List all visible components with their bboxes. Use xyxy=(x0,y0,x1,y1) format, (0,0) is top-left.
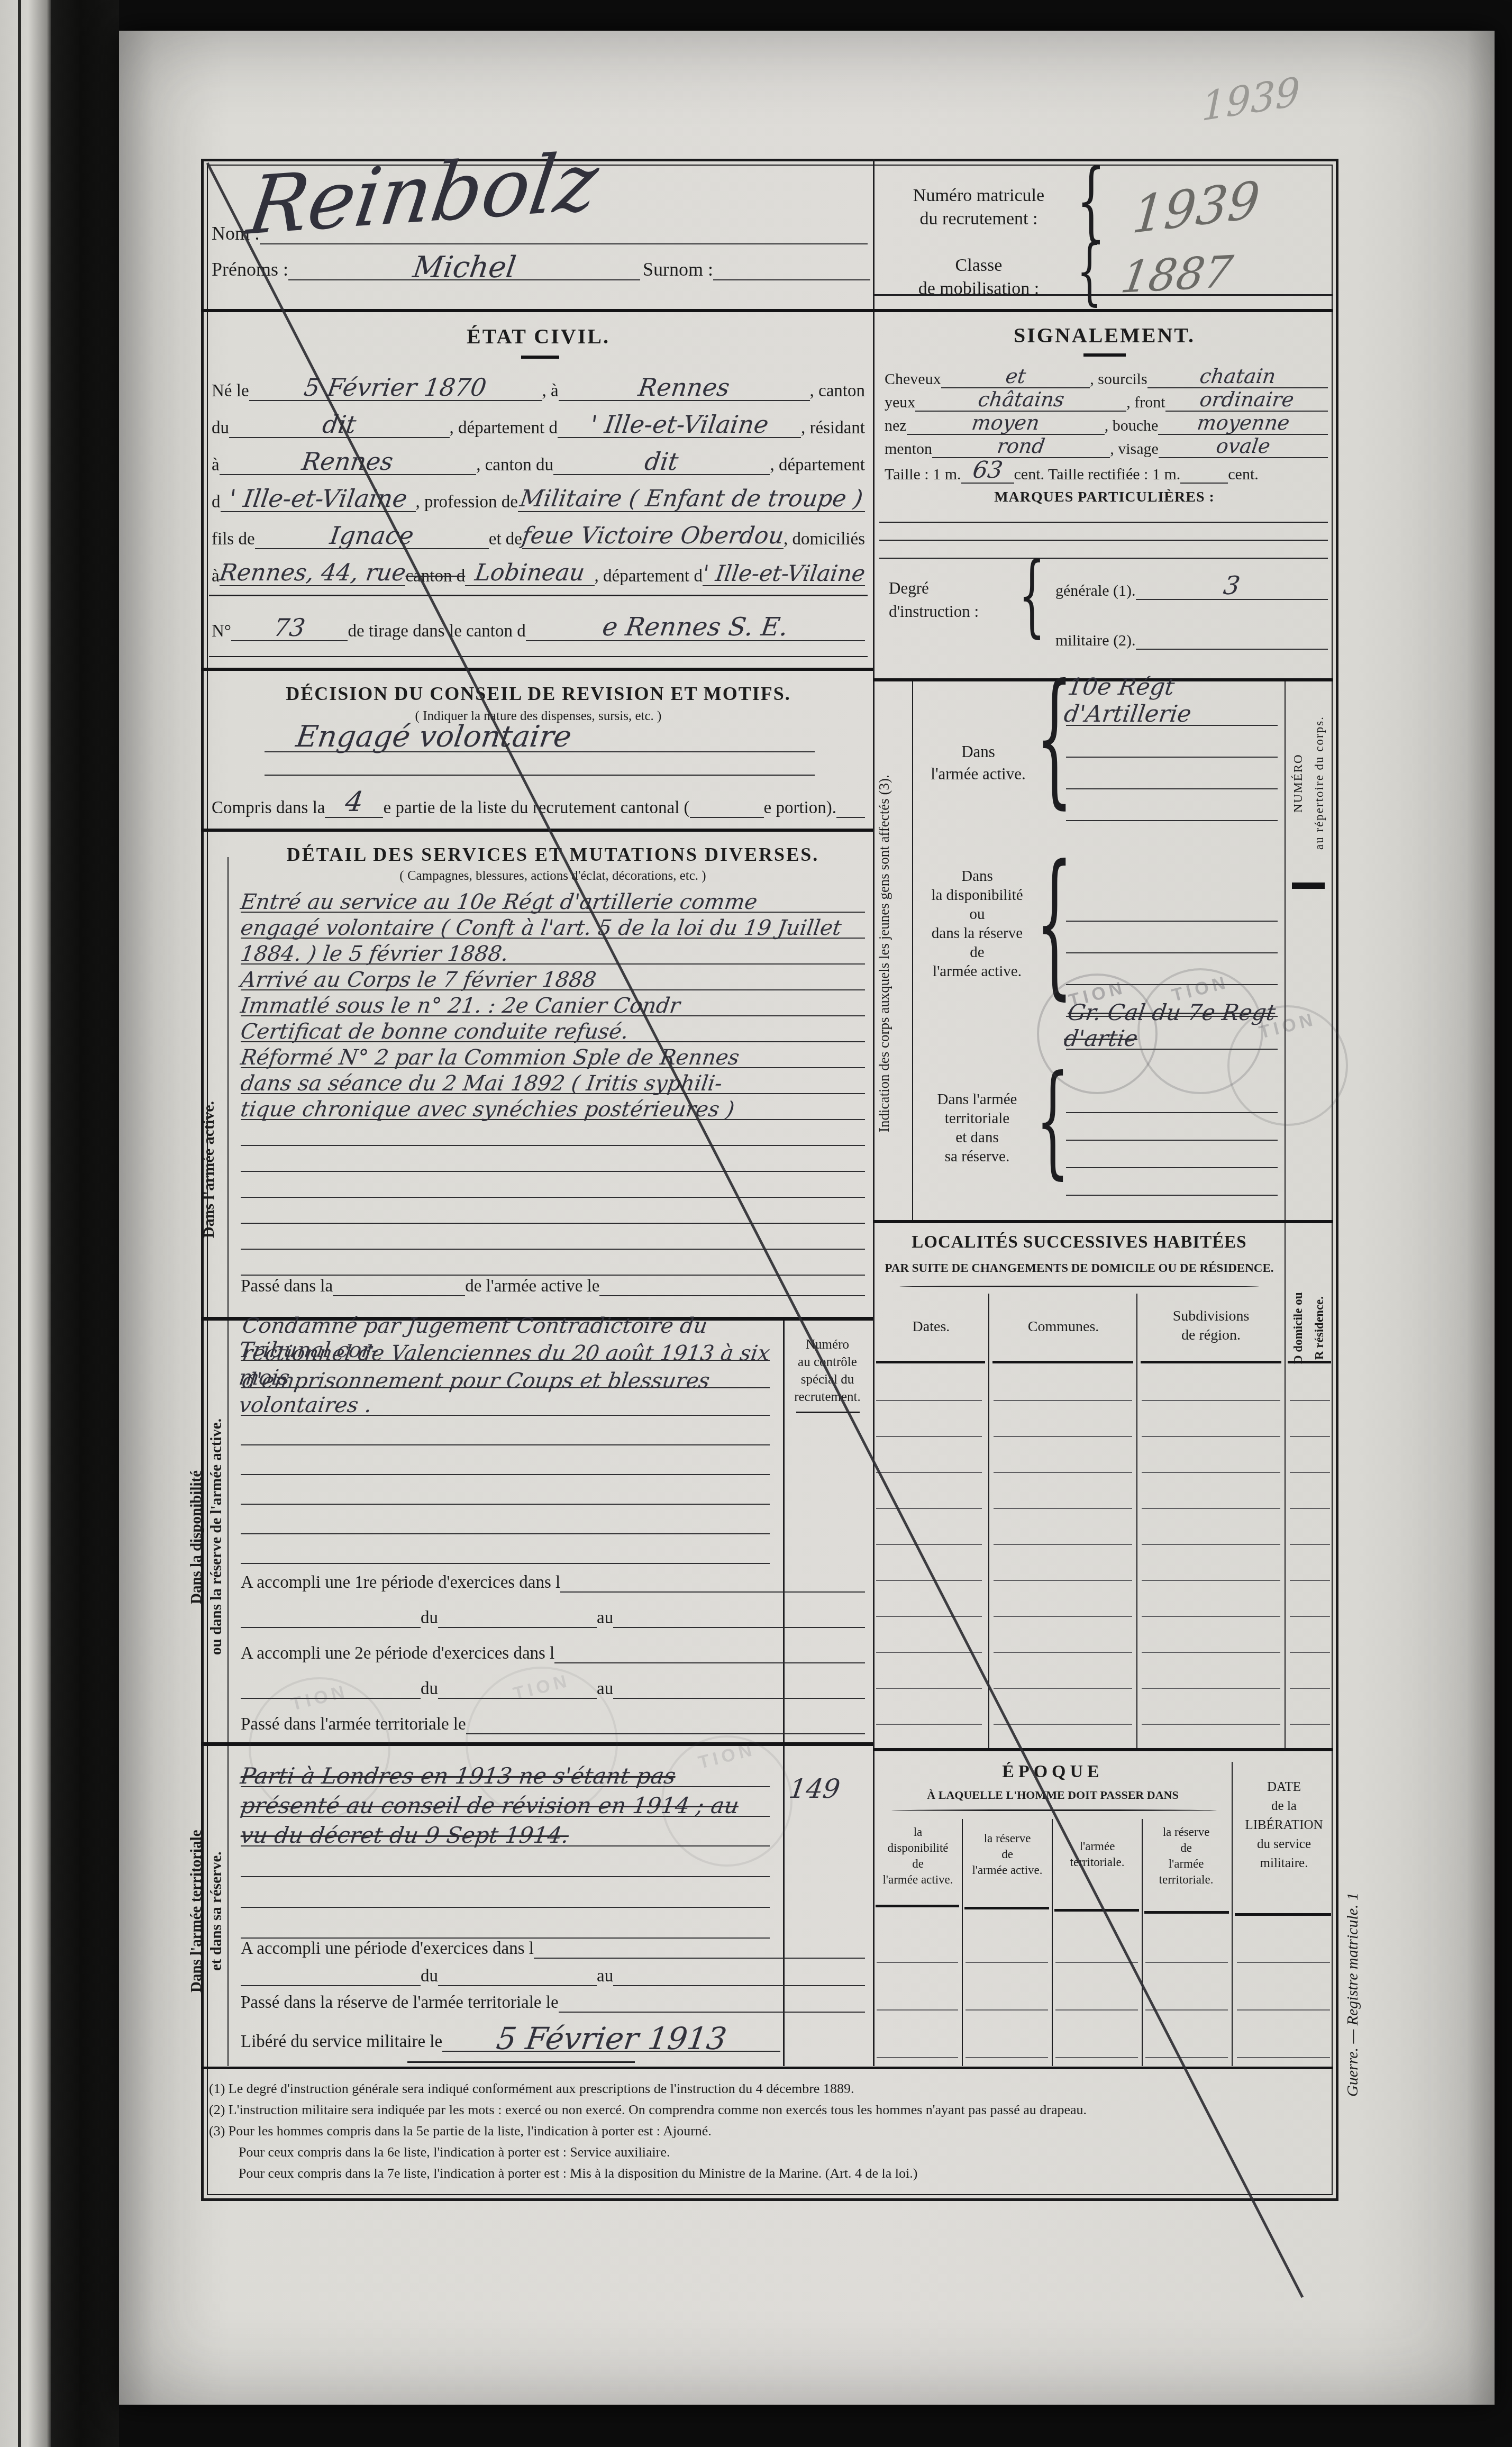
empty-line xyxy=(241,1172,865,1198)
ink-tick xyxy=(1292,883,1325,889)
label: Taille : 1 m. xyxy=(885,466,961,484)
prenoms-label: Prénoms : xyxy=(212,258,288,280)
stamp-text: TION xyxy=(1067,977,1127,1011)
table-column-rule xyxy=(1142,1819,1143,2066)
label: Né le xyxy=(212,381,249,401)
services-subtitle: ( Campagnes, blessures, actions d'éclat,… xyxy=(238,869,868,884)
label: N° xyxy=(212,622,231,641)
localites-rows-subdivisions xyxy=(1142,1365,1280,1725)
empty-line xyxy=(241,1120,865,1146)
field: ' Ille-et-Vilaine xyxy=(221,486,416,512)
empty-line xyxy=(241,1877,770,1908)
epoque-title: ÉPOQUE xyxy=(873,1762,1233,1782)
localites-rows-dr xyxy=(1290,1365,1330,1725)
field: 73 xyxy=(231,615,348,641)
empty-line xyxy=(1066,789,1278,821)
field: ordinaire xyxy=(1165,389,1328,412)
label: A accompli une 2e période d'exercices da… xyxy=(241,1644,554,1663)
degre-brace: { xyxy=(1018,543,1045,647)
disponibilite-label: Dans la disponibilité ou dans la réserve… xyxy=(917,867,1037,981)
field xyxy=(690,817,764,818)
etat-civil-row-4: d ' Ille-et-Vilaine , profession de Mili… xyxy=(212,476,865,512)
field xyxy=(241,1985,421,1986)
footnote: (1) Le degré d'instruction générale sera… xyxy=(209,2078,1328,2099)
label: , à xyxy=(542,381,559,401)
section-rule xyxy=(201,829,873,832)
classe-label: Classe de mobilisation : xyxy=(886,254,1071,301)
label: , domiciliés xyxy=(784,530,865,549)
field: Ignace xyxy=(255,523,489,549)
libere-row: Libéré du service militaire le 5 Février… xyxy=(241,2015,780,2052)
localites-col-subdivisions: Subdivisions de région. xyxy=(1137,1307,1285,1345)
empty-line xyxy=(1066,890,1278,922)
matricule-label: Numéro matricule du recrutement : xyxy=(886,184,1071,231)
margin-label-territoriale: Dans l'armée territoriale et dans sa rés… xyxy=(186,1762,227,2061)
label: , front xyxy=(1126,394,1165,412)
field: ' Ille-et-Vilaine xyxy=(703,562,865,586)
adjacent-page-edge xyxy=(0,0,51,2447)
ruled-line xyxy=(879,540,1328,541)
label: d xyxy=(212,493,221,512)
localites-col-communes: Communes. xyxy=(989,1318,1137,1335)
label: , canton xyxy=(810,381,865,401)
condamnation-lines: Condamné par Jugement Contradictoire du … xyxy=(241,1333,770,1564)
handwriting: Arrivé au Corps le 7 février 1888 xyxy=(239,968,598,992)
field xyxy=(613,1627,865,1628)
struck-label: canton d xyxy=(405,567,465,586)
repertoire-column-rule xyxy=(1285,681,1286,1220)
margin-label-disponibilite: Dans la disponibilité ou dans la réserve… xyxy=(186,1333,227,1741)
field: e Rennes S. E. xyxy=(526,614,865,641)
label: générale (1). xyxy=(1055,582,1136,600)
handwriting: 1884. ) le 5 février 1888. xyxy=(239,942,510,966)
empty-line xyxy=(241,1224,865,1250)
field xyxy=(560,1591,865,1593)
service-line: Certificat de bonne conduite refusé. xyxy=(241,1016,865,1042)
field xyxy=(438,1627,597,1628)
empty-line xyxy=(1066,1196,1278,1223)
empty-line xyxy=(241,1505,770,1534)
field: feue Victoire Oberdou xyxy=(522,524,784,549)
handwriting: d'emprisonnement pour Coups et blessures… xyxy=(238,1369,773,1417)
handwriting: 3 xyxy=(1222,572,1242,599)
etat-civil-row-2: du dit , département d ' Ille-et-Vilaine… xyxy=(212,402,865,438)
service-line: 1884. ) le 5 février 1888. xyxy=(241,939,865,965)
label: , département xyxy=(770,456,865,475)
margin-rule xyxy=(227,857,229,2066)
etat-civil-title-dash xyxy=(521,356,559,359)
armee-active-lines: 10e Régt d'Artillerie xyxy=(1066,694,1278,821)
handwriting: ' Ille-et-Vilaine xyxy=(588,412,770,437)
handwriting: rond xyxy=(996,436,1046,457)
passe-armee-active-row: Passé dans la de l'armée active le xyxy=(241,1269,865,1296)
label: , sourcils xyxy=(1090,370,1147,388)
margin-label-armee-active: Dans l'armée active. xyxy=(200,1032,227,1307)
field: moyenne xyxy=(1158,413,1328,435)
label: fils de xyxy=(212,530,255,549)
field: Rennes, 44, rue xyxy=(220,561,406,586)
repertoire-label: NUMÉRO au répertoire du corps. xyxy=(1288,688,1332,878)
empty-line xyxy=(1066,1141,1278,1168)
field: chatain xyxy=(1147,366,1328,388)
degre-generale-row: générale (1). 3 xyxy=(1055,575,1328,600)
handwriting: châtains xyxy=(977,389,1065,411)
handwriting: Réformé N° 2 par la Commion Sple de Renn… xyxy=(239,1045,741,1070)
label: A accompli une période d'exercices dans … xyxy=(241,1939,534,1959)
periode2-row: A accompli une 2e période d'exercices da… xyxy=(241,1636,865,1663)
label: à xyxy=(212,456,220,475)
service-line: Immatlé sous le n° 21. : 2e Canier Condr xyxy=(241,990,865,1016)
epoque-col3: l'armée territoriale. xyxy=(1053,1839,1142,1870)
etat-civil-row-6: à Rennes, 44, rue canton d Lobineau , dé… xyxy=(212,550,865,586)
epoque-col2: la réserve de l'armée active. xyxy=(963,1831,1052,1878)
footnote: (2) L'instruction militaire sera indiqué… xyxy=(209,2099,1328,2121)
field: rond xyxy=(932,436,1110,458)
footnotes-block: (1) Le degré d'instruction générale sera… xyxy=(209,2078,1328,2184)
stamp-text: TION xyxy=(1257,1009,1318,1043)
handwriting: 63 xyxy=(971,458,1004,483)
label: e portion). xyxy=(764,798,836,818)
label: menton xyxy=(885,440,932,458)
handwriting: dit xyxy=(321,412,358,437)
tirage-row: N° 73 de tirage dans le canton d e Renne… xyxy=(212,606,865,641)
corps-territoriale-label: Dans l'armée territoriale et dans sa rés… xyxy=(917,1090,1037,1166)
service-line: Réformé N° 2 par la Commion Sple de Renn… xyxy=(241,1042,865,1068)
surnom-row: Surnom : xyxy=(643,244,870,280)
handwriting: dans sa séance du 2 Mai 1892 ( Iritis sy… xyxy=(239,1071,724,1096)
stamp-text: TION xyxy=(696,1739,757,1773)
footnote-separator xyxy=(201,2067,1333,2069)
service-line: dans sa séance du 2 Mai 1892 ( Iritis sy… xyxy=(241,1068,865,1094)
stamp-text: TION xyxy=(511,1670,572,1704)
corps-line: 10e Régt d'Artillerie xyxy=(1066,694,1278,726)
field xyxy=(1180,483,1228,484)
handwriting: 5 Février 1870 xyxy=(303,375,488,400)
date-liberation-label: DATE de la LIBÉRATION du service militai… xyxy=(1235,1778,1333,1873)
handwriting: 10e Régt d'Artillerie xyxy=(1062,674,1281,727)
etat-civil-row-1: Né le 5 Février 1870 , à Rennes , canton xyxy=(212,365,865,401)
localites-subtitle: PAR SUITE DE CHANGEMENTS DE DOMICILE OU … xyxy=(873,1261,1286,1275)
label: , visage xyxy=(1110,440,1159,458)
service-line: engagé volontaire ( Conft à l'art. 5 de … xyxy=(241,913,865,939)
field xyxy=(333,1295,465,1296)
table-column-rule xyxy=(1052,1819,1053,2066)
epoque-subtitle: À LAQUELLE L'HOMME DOIT PASSER DANS xyxy=(873,1788,1233,1802)
service-line: tique chronique avec synéchies postérieu… xyxy=(241,1094,865,1120)
handwriting: Rennes xyxy=(300,449,395,474)
epoque-col1: la disponibilité de l'armée active. xyxy=(874,1824,962,1888)
handwriting: Certificat de bonne conduite refusé. xyxy=(239,1020,630,1044)
localites-col-dates: Dates. xyxy=(873,1318,989,1335)
empty-line xyxy=(241,1416,770,1445)
register-side-caption: Guerre. — Registre matricule. 1 xyxy=(1344,1799,1376,2190)
label: du xyxy=(421,1679,438,1699)
handwriting: dit xyxy=(643,449,680,474)
handwriting: e Rennes S. E. xyxy=(601,614,790,640)
handwriting: ' Ille-et-Vilaine xyxy=(701,562,867,585)
classe-value-handwriting: 1887 xyxy=(1118,247,1236,303)
header-underline xyxy=(876,1905,959,1907)
header-underline xyxy=(876,1361,985,1363)
label: yeux xyxy=(885,394,915,412)
empty-line xyxy=(1066,922,1278,953)
condamnation-line: d'emprisonnement pour Coups et blessures… xyxy=(241,1388,770,1416)
label: Compris dans la xyxy=(212,798,325,818)
adjacent-page-frame-line xyxy=(18,0,21,2447)
handwriting: feue Victoire Oberdou xyxy=(521,524,786,548)
label: Cheveux xyxy=(885,370,941,388)
label: Passé dans la xyxy=(241,1277,333,1296)
flourish-rule xyxy=(899,1286,1259,1287)
surnom-field xyxy=(713,279,870,280)
services-lines: Entré au service au 10e Régt d'artilleri… xyxy=(241,887,865,1276)
controle-label: Numéro au contrôle spécial du recrutemen… xyxy=(787,1336,868,1406)
field: ' Ille-et-Vilaine xyxy=(558,412,801,438)
flourish-underline xyxy=(407,2061,635,2063)
localites-title: LOCALITÉS SUCCESSIVES HABITÉES xyxy=(873,1233,1286,1252)
empty-line xyxy=(241,1475,770,1505)
field: Lobineau xyxy=(465,561,594,586)
handwriting: moyenne xyxy=(1196,413,1291,434)
footnote: Pour ceux compris dans la 7e liste, l'in… xyxy=(209,2163,1328,2184)
header-underline xyxy=(1288,1361,1331,1363)
handwriting: Ignace xyxy=(328,523,415,548)
field xyxy=(1136,649,1328,650)
table-column-rule xyxy=(988,1294,989,1749)
margin-number-handwriting: 149 xyxy=(787,1773,842,1804)
book-gutter xyxy=(51,0,119,2447)
controle-underline xyxy=(796,1412,860,1413)
periode1-row: A accompli une 1re période d'exercices d… xyxy=(241,1565,865,1593)
header-underline xyxy=(964,1907,1049,1909)
circular-stamp: TION xyxy=(466,1667,618,1819)
prenoms-handwriting: Michel xyxy=(411,252,518,284)
ruled-line xyxy=(879,558,1328,559)
field: moyen xyxy=(907,413,1105,435)
field xyxy=(559,2012,865,2013)
dr-column-rule xyxy=(1285,1223,1286,1749)
handwriting: et xyxy=(1004,366,1027,387)
armee-active-label: Dans l'armée active. xyxy=(919,741,1037,785)
label: , profession de xyxy=(416,493,518,512)
taille-row: Taille : 1 m. 63 cent. Taille rectifiée … xyxy=(885,459,1328,484)
field: Rennes xyxy=(559,375,810,401)
circular-stamp: TION xyxy=(249,1677,390,1819)
ruled-line xyxy=(879,522,1328,523)
footnote: Pour ceux compris dans la 6e liste, l'in… xyxy=(209,2142,1328,2163)
field xyxy=(599,1295,865,1296)
label: , bouche xyxy=(1105,417,1159,435)
service-line: Entré au service au 10e Régt d'artilleri… xyxy=(241,887,865,913)
label: cent. Taille rectifiée : 1 m. xyxy=(1014,466,1181,484)
field: dit xyxy=(229,412,450,438)
epoque-rows xyxy=(1055,1915,1138,2058)
service-line: Arrivé au Corps le 7 février 1888 xyxy=(241,965,865,990)
label: au xyxy=(597,1967,613,1986)
signalement-title-dash xyxy=(1083,353,1126,357)
handwriting: ordinaire xyxy=(1198,389,1295,411)
empty-line xyxy=(1066,1168,1278,1196)
empty-line xyxy=(241,1146,865,1172)
date-column-rule xyxy=(1232,1762,1233,2066)
header-underline xyxy=(1054,1909,1139,1912)
handwriting: Entré au service au 10e Régt d'artilleri… xyxy=(239,890,759,914)
handwriting: Rennes xyxy=(637,375,732,400)
compris-row: Compris dans la 4 e partie de la liste d… xyxy=(212,786,865,818)
label: nez xyxy=(885,417,907,435)
passe-reserve-territoriale-row: Passé dans la réserve de l'armée territo… xyxy=(241,1988,865,2013)
localites-rows-communes xyxy=(994,1365,1132,1725)
empty-line xyxy=(241,1445,770,1475)
field xyxy=(534,1958,865,1959)
etat-civil-title: ÉTAT CIVIL. xyxy=(209,324,868,349)
header-underline xyxy=(1141,1361,1281,1363)
label: au xyxy=(597,1608,613,1628)
services-title: DÉTAIL DES SERVICES ET MUTATIONS DIVERSE… xyxy=(238,843,868,866)
etat-civil-row-5: fils de Ignace et de feue Victoire Oberd… xyxy=(212,513,865,549)
scanned-military-register-page: 1939 Nom : Reinbolz Prénoms : Michel Sur… xyxy=(0,0,1512,2447)
handwriting: moyen xyxy=(970,413,1041,434)
ruled-line xyxy=(209,656,868,657)
field: 3 xyxy=(1136,572,1328,600)
field xyxy=(554,1662,865,1663)
epoque-rows xyxy=(1145,1915,1228,2058)
empty-line xyxy=(1066,1113,1278,1141)
table-column-rule xyxy=(1136,1294,1137,1749)
struck-handwriting: vu du décret du 9 Sept 1914. xyxy=(239,1822,571,1848)
corps-margin-rule xyxy=(912,681,913,1220)
etat-civil-row-3: à Rennes , canton du dit , département xyxy=(212,439,865,475)
label: de tirage dans le canton d xyxy=(348,622,525,641)
signalement-row-yeux: yeux châtains , front ordinaire xyxy=(885,389,1328,412)
footnote: (3) Pour les hommes compris dans la 5e p… xyxy=(209,2121,1328,2142)
field xyxy=(438,1985,597,1986)
signalement-title: SIGNALEMENT. xyxy=(881,323,1328,348)
label: militaire (2). xyxy=(1055,632,1136,650)
decision-title: DÉCISION DU CONSEIL DE REVISION ET MOTIF… xyxy=(209,683,868,705)
field: Militaire ( Enfant de troupe ) xyxy=(518,487,865,512)
label: du xyxy=(212,419,229,438)
field: Rennes xyxy=(220,449,477,475)
periode1-dates-row: du au xyxy=(241,1600,865,1628)
label: et de xyxy=(489,530,522,549)
marques-label: MARQUES PARTICULIÈRES : xyxy=(881,489,1328,506)
epoque-rows xyxy=(1237,1915,1330,2058)
label: , résidant xyxy=(801,419,865,438)
section-rule xyxy=(201,668,873,671)
degre-label: Degré d'instruction : xyxy=(889,577,1026,623)
table-column-rule xyxy=(962,1819,963,2066)
epoque-col4: la réserve de l'armée territoriale. xyxy=(1142,1824,1231,1888)
handwriting: 73 xyxy=(272,615,307,640)
field: ovale xyxy=(1159,436,1328,458)
label: Libéré du service militaire le xyxy=(241,2032,442,2052)
prenoms-field: Michel xyxy=(288,248,640,280)
classe-brace: { xyxy=(1077,229,1102,313)
stamp-text: TION xyxy=(1170,972,1231,1006)
label: du xyxy=(421,1967,438,1986)
field xyxy=(241,1627,421,1628)
circular-stamp: TION xyxy=(661,1735,793,1867)
signalement-row-nez: nez moyen , bouche moyenne xyxy=(885,413,1328,435)
stamp-text: TION xyxy=(289,1681,350,1715)
empty-line xyxy=(1066,758,1278,789)
handwriting: Rennes, 44, rue xyxy=(217,561,407,585)
flourish-rule xyxy=(891,1809,1217,1811)
label: du xyxy=(421,1608,438,1628)
handwriting: 4 xyxy=(343,788,365,817)
section-rule xyxy=(873,1748,1333,1751)
degre-militaire-row: militaire (2). xyxy=(1055,624,1328,650)
label: A accompli une 1re période d'exercices d… xyxy=(241,1573,560,1593)
surnom-label: Surnom : xyxy=(643,258,713,280)
handwriting: ' Ille-et-Vilaine xyxy=(227,486,408,511)
handwriting: Militaire ( Enfant de troupe ) xyxy=(518,487,864,511)
circular-stamp: TION xyxy=(1227,1005,1348,1126)
label: e partie de la liste du recrutement cant… xyxy=(383,798,689,818)
separator-line xyxy=(209,595,868,596)
epoque-rows xyxy=(966,1915,1048,2058)
header-underline xyxy=(992,1361,1133,1363)
decision-handwriting: Engagé volontaire xyxy=(294,720,573,754)
field: 5 Février 1913 xyxy=(442,2018,780,2052)
field: et xyxy=(941,366,1090,388)
field: 63 xyxy=(961,458,1014,484)
prenoms-row: Prénoms : Michel xyxy=(212,244,640,280)
corps-margin-label: Indication des corps auxquels les jeunes… xyxy=(876,693,910,1214)
signalement-row-cheveux: Cheveux et , sourcils chatain xyxy=(885,366,1328,388)
handwriting: ovale xyxy=(1215,436,1271,457)
field: dit xyxy=(553,449,770,475)
field xyxy=(613,1985,865,1986)
field xyxy=(613,1698,865,1699)
ruled-line xyxy=(265,775,815,776)
handwriting: tique chronique avec synéchies postérieu… xyxy=(239,1097,736,1122)
empty-line xyxy=(241,1198,865,1224)
handwriting: engagé volontaire ( Conft à l'art. 5 de … xyxy=(239,916,843,940)
label: Passé dans la réserve de l'armée territo… xyxy=(241,1993,559,2013)
label: , département d xyxy=(595,567,703,586)
section-rule xyxy=(873,1220,1333,1223)
header-underline xyxy=(1144,1911,1229,1914)
signalement-row-menton: menton rond , visage ovale xyxy=(885,436,1328,458)
handwriting: Lobineau xyxy=(473,561,586,585)
label: cent. xyxy=(1228,466,1258,484)
localites-rows-dates xyxy=(876,1365,982,1725)
epoque-rows xyxy=(877,1915,958,2058)
field: 5 Février 1870 xyxy=(249,375,542,401)
empty-line xyxy=(241,1534,770,1564)
decision-value-line: Engagé volontaire xyxy=(265,721,815,752)
label: , département d xyxy=(450,419,558,438)
periode-territoriale-row: A accompli une période d'exercices dans … xyxy=(241,1932,865,1959)
field: châtains xyxy=(915,389,1126,412)
handwriting: chatain xyxy=(1198,366,1277,387)
libere-handwriting: 5 Février 1913 xyxy=(494,2023,728,2055)
field xyxy=(836,817,865,818)
handwriting: Immatlé sous le n° 21. : 2e Canier Condr xyxy=(239,994,682,1018)
empty-line xyxy=(1066,726,1278,758)
label: , canton du xyxy=(476,456,553,475)
field: 4 xyxy=(325,788,383,818)
label: de l'armée active le xyxy=(465,1277,599,1296)
header-bottom-rule xyxy=(201,309,1333,312)
periode-territoriale-dates-row: du au xyxy=(241,1961,865,1986)
